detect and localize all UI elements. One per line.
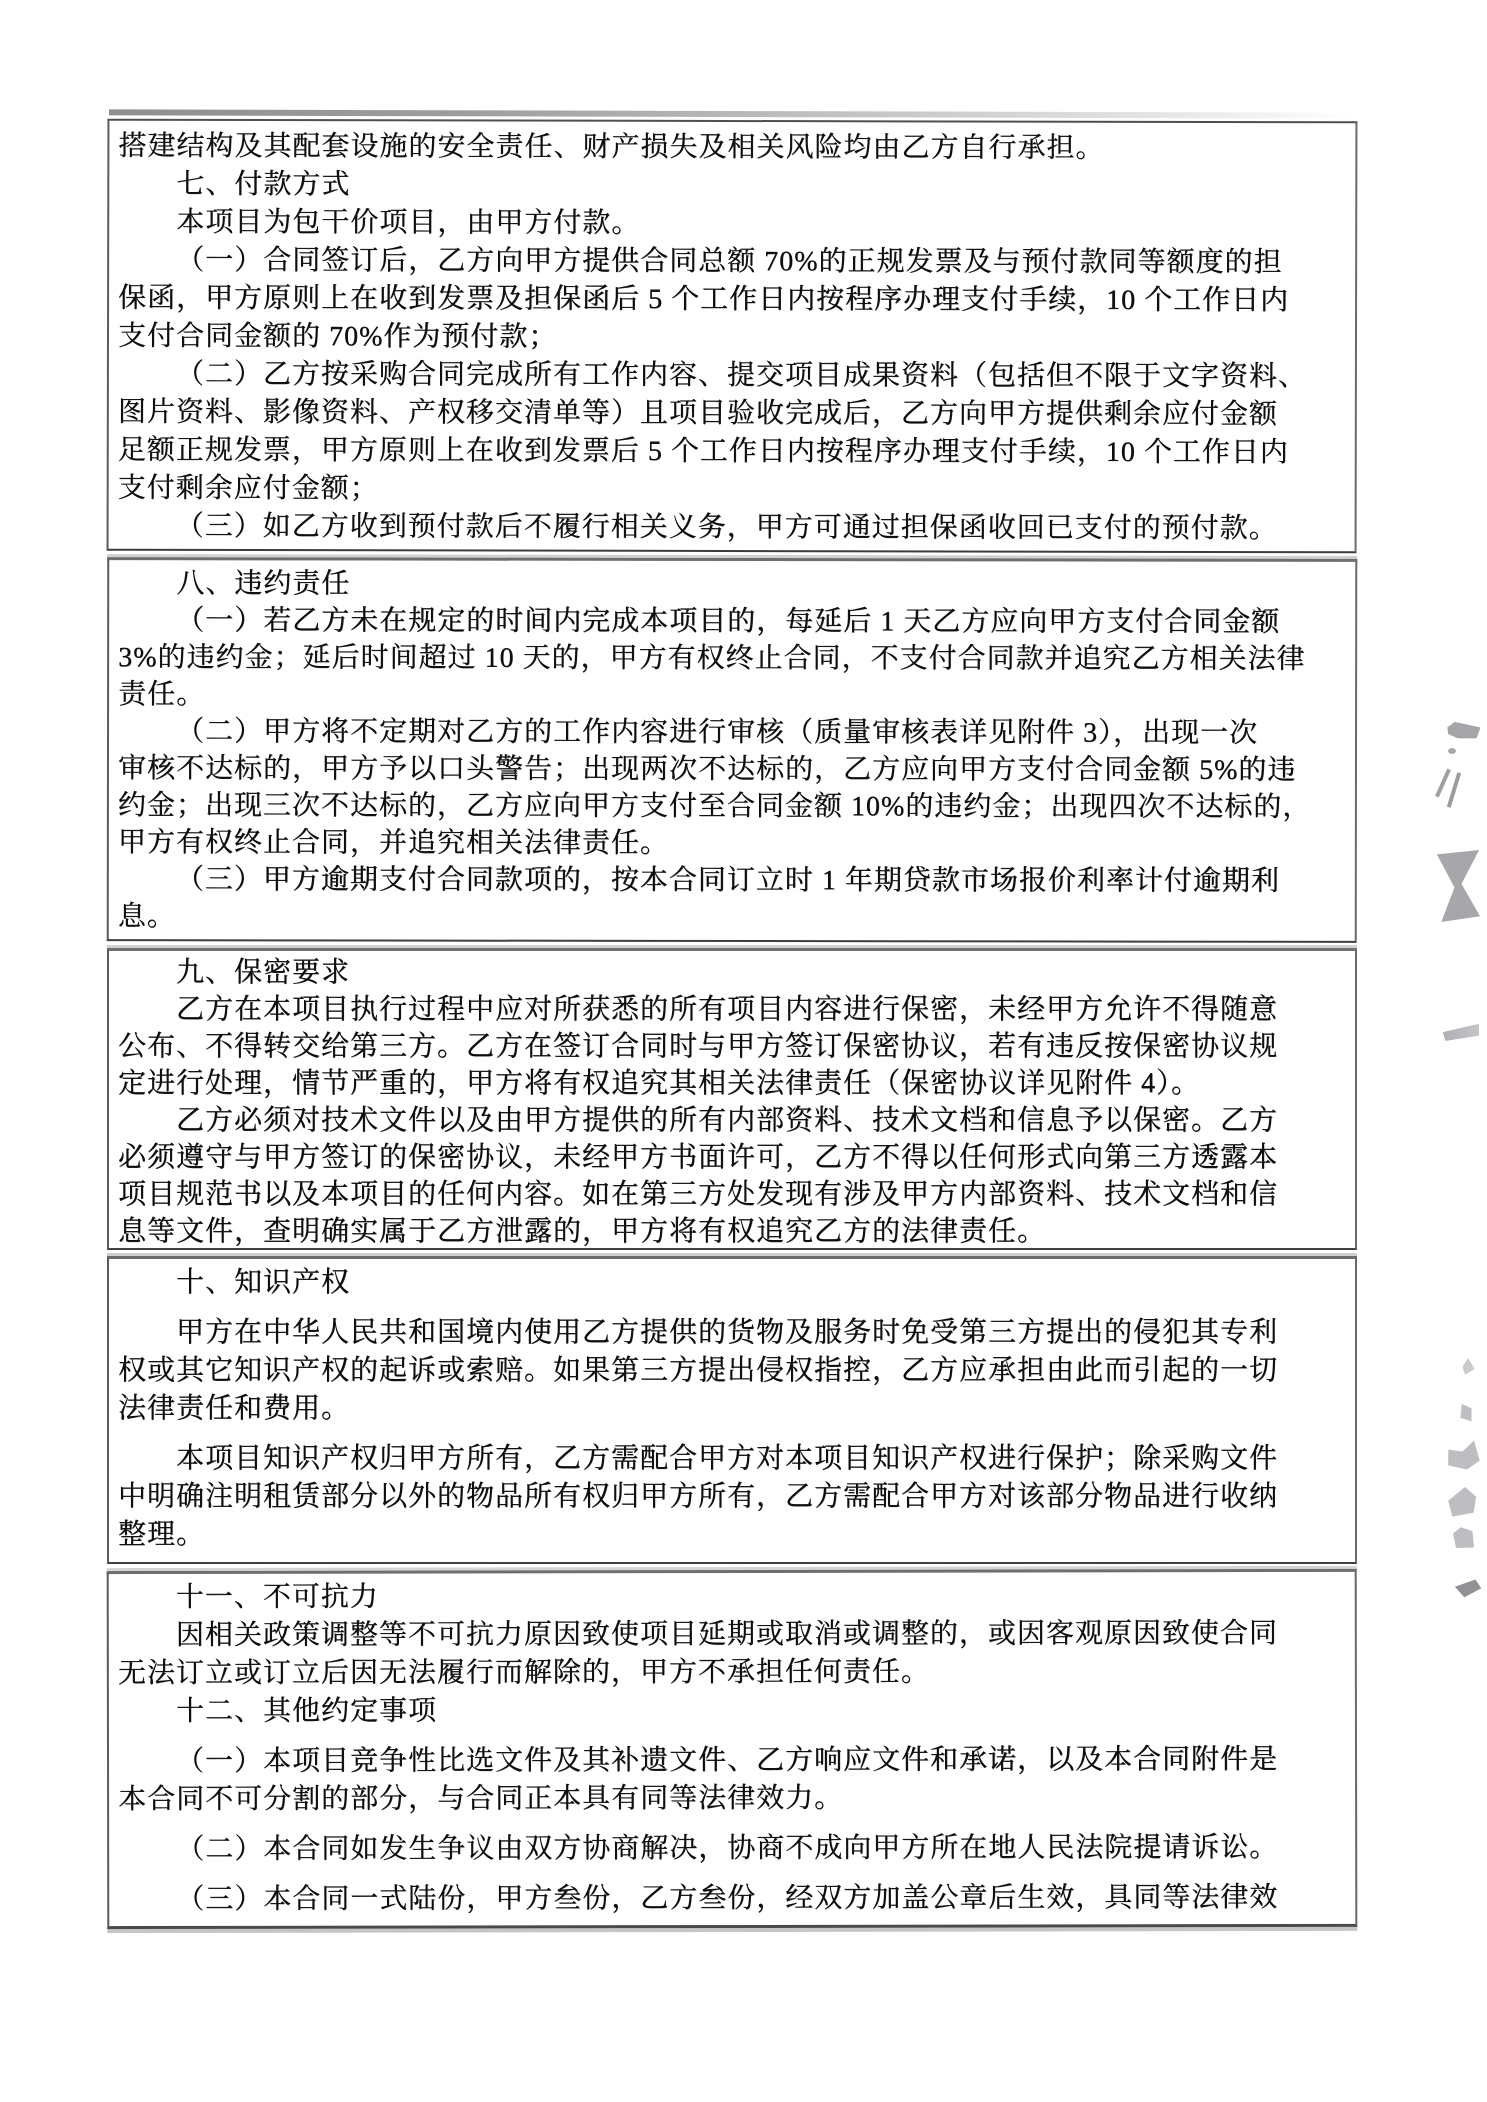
contract-text-line: 约金；出现三次不达标的，乙方应向甲方支付至合同金额 10%的违约金；出现四次不达… (118, 787, 1346, 826)
contract-text-line: 本合同不可分割的部分，与合同正本具有同等法律效力。 (118, 1779, 1346, 1819)
contract-text-line: 甲方在中华人民共和国境内使用乙方提供的货物及服务时免受第三方提出的侵犯其专利 (118, 1314, 1346, 1352)
contract-text-line: 审核不达标的，甲方予以口头警告；出现两次不达标的，乙方应向甲方支付合同金额 5%… (118, 750, 1346, 789)
contract-text-line: 责任。 (118, 676, 1346, 715)
scan-artifact-streak (1442, 1024, 1480, 1041)
scan-artifact-chevron (1436, 850, 1480, 922)
contract-text-line: 搭建结构及其配套设施的安全责任、财产损失及相关风险均由乙方自行承担。 (118, 128, 1346, 169)
scan-artifact-mark (1459, 1358, 1478, 1377)
scan-artifact-stroke (1447, 772, 1461, 808)
scan-artifact-faint-glyph (1449, 1523, 1479, 1554)
contract-section-box-force-majeure-misc: 十一、不可抗力因相关政策调整等不可抗力原因致使项目延期或取消或调整的，或因客观原… (107, 1569, 1358, 1929)
scan-artifact-arrow (1453, 1575, 1483, 1601)
contract-section-box-payment: 搭建结构及其配套设施的安全责任、财产损失及相关风险均由乙方自行承担。七、付款方式… (107, 119, 1358, 554)
contract-text-line: 本项目为包干价项目，由甲方付款。 (118, 204, 1346, 245)
scan-artifact-faint-glyph (1455, 1401, 1476, 1425)
scan-artifact-stroke (1435, 768, 1451, 797)
contract-text-line: 息等文件，查明确实属于乙方泄露的，甲方将有权追究乙方的法律责任。 (118, 1213, 1346, 1250)
contract-text-line: 九、保密要求 (118, 954, 1346, 991)
contract-text-line: 必须遵守与甲方签订的保密协议，未经甲方书面许可，乙方不得以任何形式向第三方透露本 (118, 1139, 1346, 1176)
contract-text-line: （三）甲方逾期支付合同款项的，按本合同订立时 1 年期贷款市场报价利率计付逾期利 (118, 861, 1346, 900)
contract-text-line: 图片资料、影像资料、产权移交清单等）且项目验收完成后，乙方向甲方提供剩余应付金额 (118, 394, 1346, 435)
contract-text-line: 整理。 (118, 1516, 1346, 1554)
contract-text-line: 3%的违约金；延后时间超过 10 天的，甲方有权终止合同，不支付合同款并追究乙方… (118, 639, 1346, 678)
contract-text-line: （二）本合同如发生争议由双方协商解决，协商不成向甲方所在地人民法院提请诉讼。 (118, 1829, 1346, 1869)
contract-text-line: 七、付款方式 (118, 166, 1346, 207)
scan-edge-smear (109, 109, 1355, 118)
contract-text-line: 息。 (118, 898, 1346, 937)
contract-section-box-confidentiality: 九、保密要求乙方在本项目执行过程中应对所获悉的所有项目内容进行保密，未经甲方允许… (107, 948, 1357, 1250)
scan-artifact-dot (1448, 748, 1456, 754)
contract-text-line: 权或其它知识产权的起诉或索赔。如果第三方提出侵权指控，乙方应承担由此而引起的一切 (118, 1352, 1346, 1390)
contract-text-line: （一）若乙方未在规定的时间内完成本项目的，每延后 1 天乙方应向甲方支付合同金额 (118, 602, 1346, 641)
contract-text-line: 定进行处理，情节严重的，甲方将有权追究其相关法律责任（保密协议详见附件 4）。 (118, 1065, 1346, 1102)
contract-text-line: （一）合同签订后，乙方向甲方提供合同总额 70%的正规发票及与预付款同等额度的担 (118, 242, 1346, 283)
scanned-contract-page: 搭建结构及其配套设施的安全责任、财产损失及相关风险均由乙方自行承担。七、付款方式… (0, 0, 1487, 2102)
contract-text-line: 因相关政策调整等不可抗力原因致使项目延期或取消或调整的，或因客观原因致使合同 (118, 1615, 1346, 1655)
contract-text-line: （二）甲方将不定期对乙方的工作内容进行审核（质量审核表详见附件 3），出现一次 (118, 713, 1346, 752)
contract-text-line: 甲方有权终止合同，并追究相关法律责任。 (118, 824, 1346, 863)
contract-text-line: 支付剩余应付金额； (118, 470, 1346, 511)
contract-text-line: 保函，甲方原则上在收到发票及担保函后 5 个工作日内按程序办理支付手续，10 个… (118, 280, 1346, 321)
contract-text-line: 乙方必须对技术文件以及由甲方提供的所有内部资料、技术文档和信息予以保密。乙方 (118, 1102, 1346, 1139)
contract-text-line: 八、违约责任 (118, 565, 1346, 604)
contract-text-line: （三）如乙方收到预付款后不履行相关义务，甲方可通过担保函收回已支付的预付款。 (118, 508, 1346, 549)
contract-text-line: 十一、不可抗力 (118, 1577, 1346, 1617)
contract-section-box-intellectual-property: 十、知识产权甲方在中华人民共和国境内使用乙方提供的货物及服务时免受第三方提出的侵… (107, 1256, 1357, 1564)
scan-artifact-smudge (1446, 721, 1481, 741)
contract-text-line: （二）乙方按采购合同完成所有工作内容、提交项目成果资料（包括但不限于文字资料、 (118, 356, 1346, 397)
contract-text-line: （一）本项目竞争性比选文件及其补遗文件、乙方响应文件和承诺，以及本合同附件是 (118, 1741, 1346, 1781)
contract-text-line: 公布、不得转交给第三方。乙方在签订合同时与甲方签订保密协议，若有违反按保密协议规 (118, 1028, 1346, 1065)
contract-text-line: 足额正规发票，甲方原则上在收到发票后 5 个工作日内按程序办理支付手续，10 个… (118, 432, 1346, 473)
contract-text-line: 项目规范书以及本项目的任何内容。如在第三方处发现有涉及甲方内部资料、技术文档和信 (118, 1176, 1346, 1213)
scan-artifact-faint-glyph (1443, 1484, 1482, 1521)
scan-artifact-faint-glyph (1442, 1438, 1484, 1476)
contract-text-line: （三）本合同一式陆份，甲方叁份，乙方叁份，经双方加盖公章后生效，具同等法律效 (118, 1879, 1346, 1919)
contract-text-line: 十二、其他约定事项 (118, 1691, 1346, 1731)
contract-text-line: 无法订立或订立后因无法履行而解除的，甲方不承担任何责任。 (118, 1653, 1346, 1693)
contract-text-line: 十、知识产权 (118, 1264, 1346, 1302)
contract-text-line: 支付合同金额的 70%作为预付款； (118, 318, 1346, 359)
contract-section-box-breach-liability: 八、违约责任（一）若乙方未在规定的时间内完成本项目的，每延后 1 天乙方应向甲方… (107, 557, 1358, 943)
contract-text-line: 乙方在本项目执行过程中应对所获悉的所有项目内容进行保密，未经甲方允许不得随意 (118, 991, 1346, 1028)
contract-text-line: 本项目知识产权归甲方所有，乙方需配合甲方对本项目知识产权进行保护；除采购文件 (118, 1440, 1346, 1478)
contract-text-line: 中明确注明租赁部分以外的物品所有权归甲方所有，乙方需配合甲方对该部分物品进行收纳 (118, 1478, 1346, 1516)
contract-text-line: 法律责任和费用。 (118, 1390, 1346, 1428)
